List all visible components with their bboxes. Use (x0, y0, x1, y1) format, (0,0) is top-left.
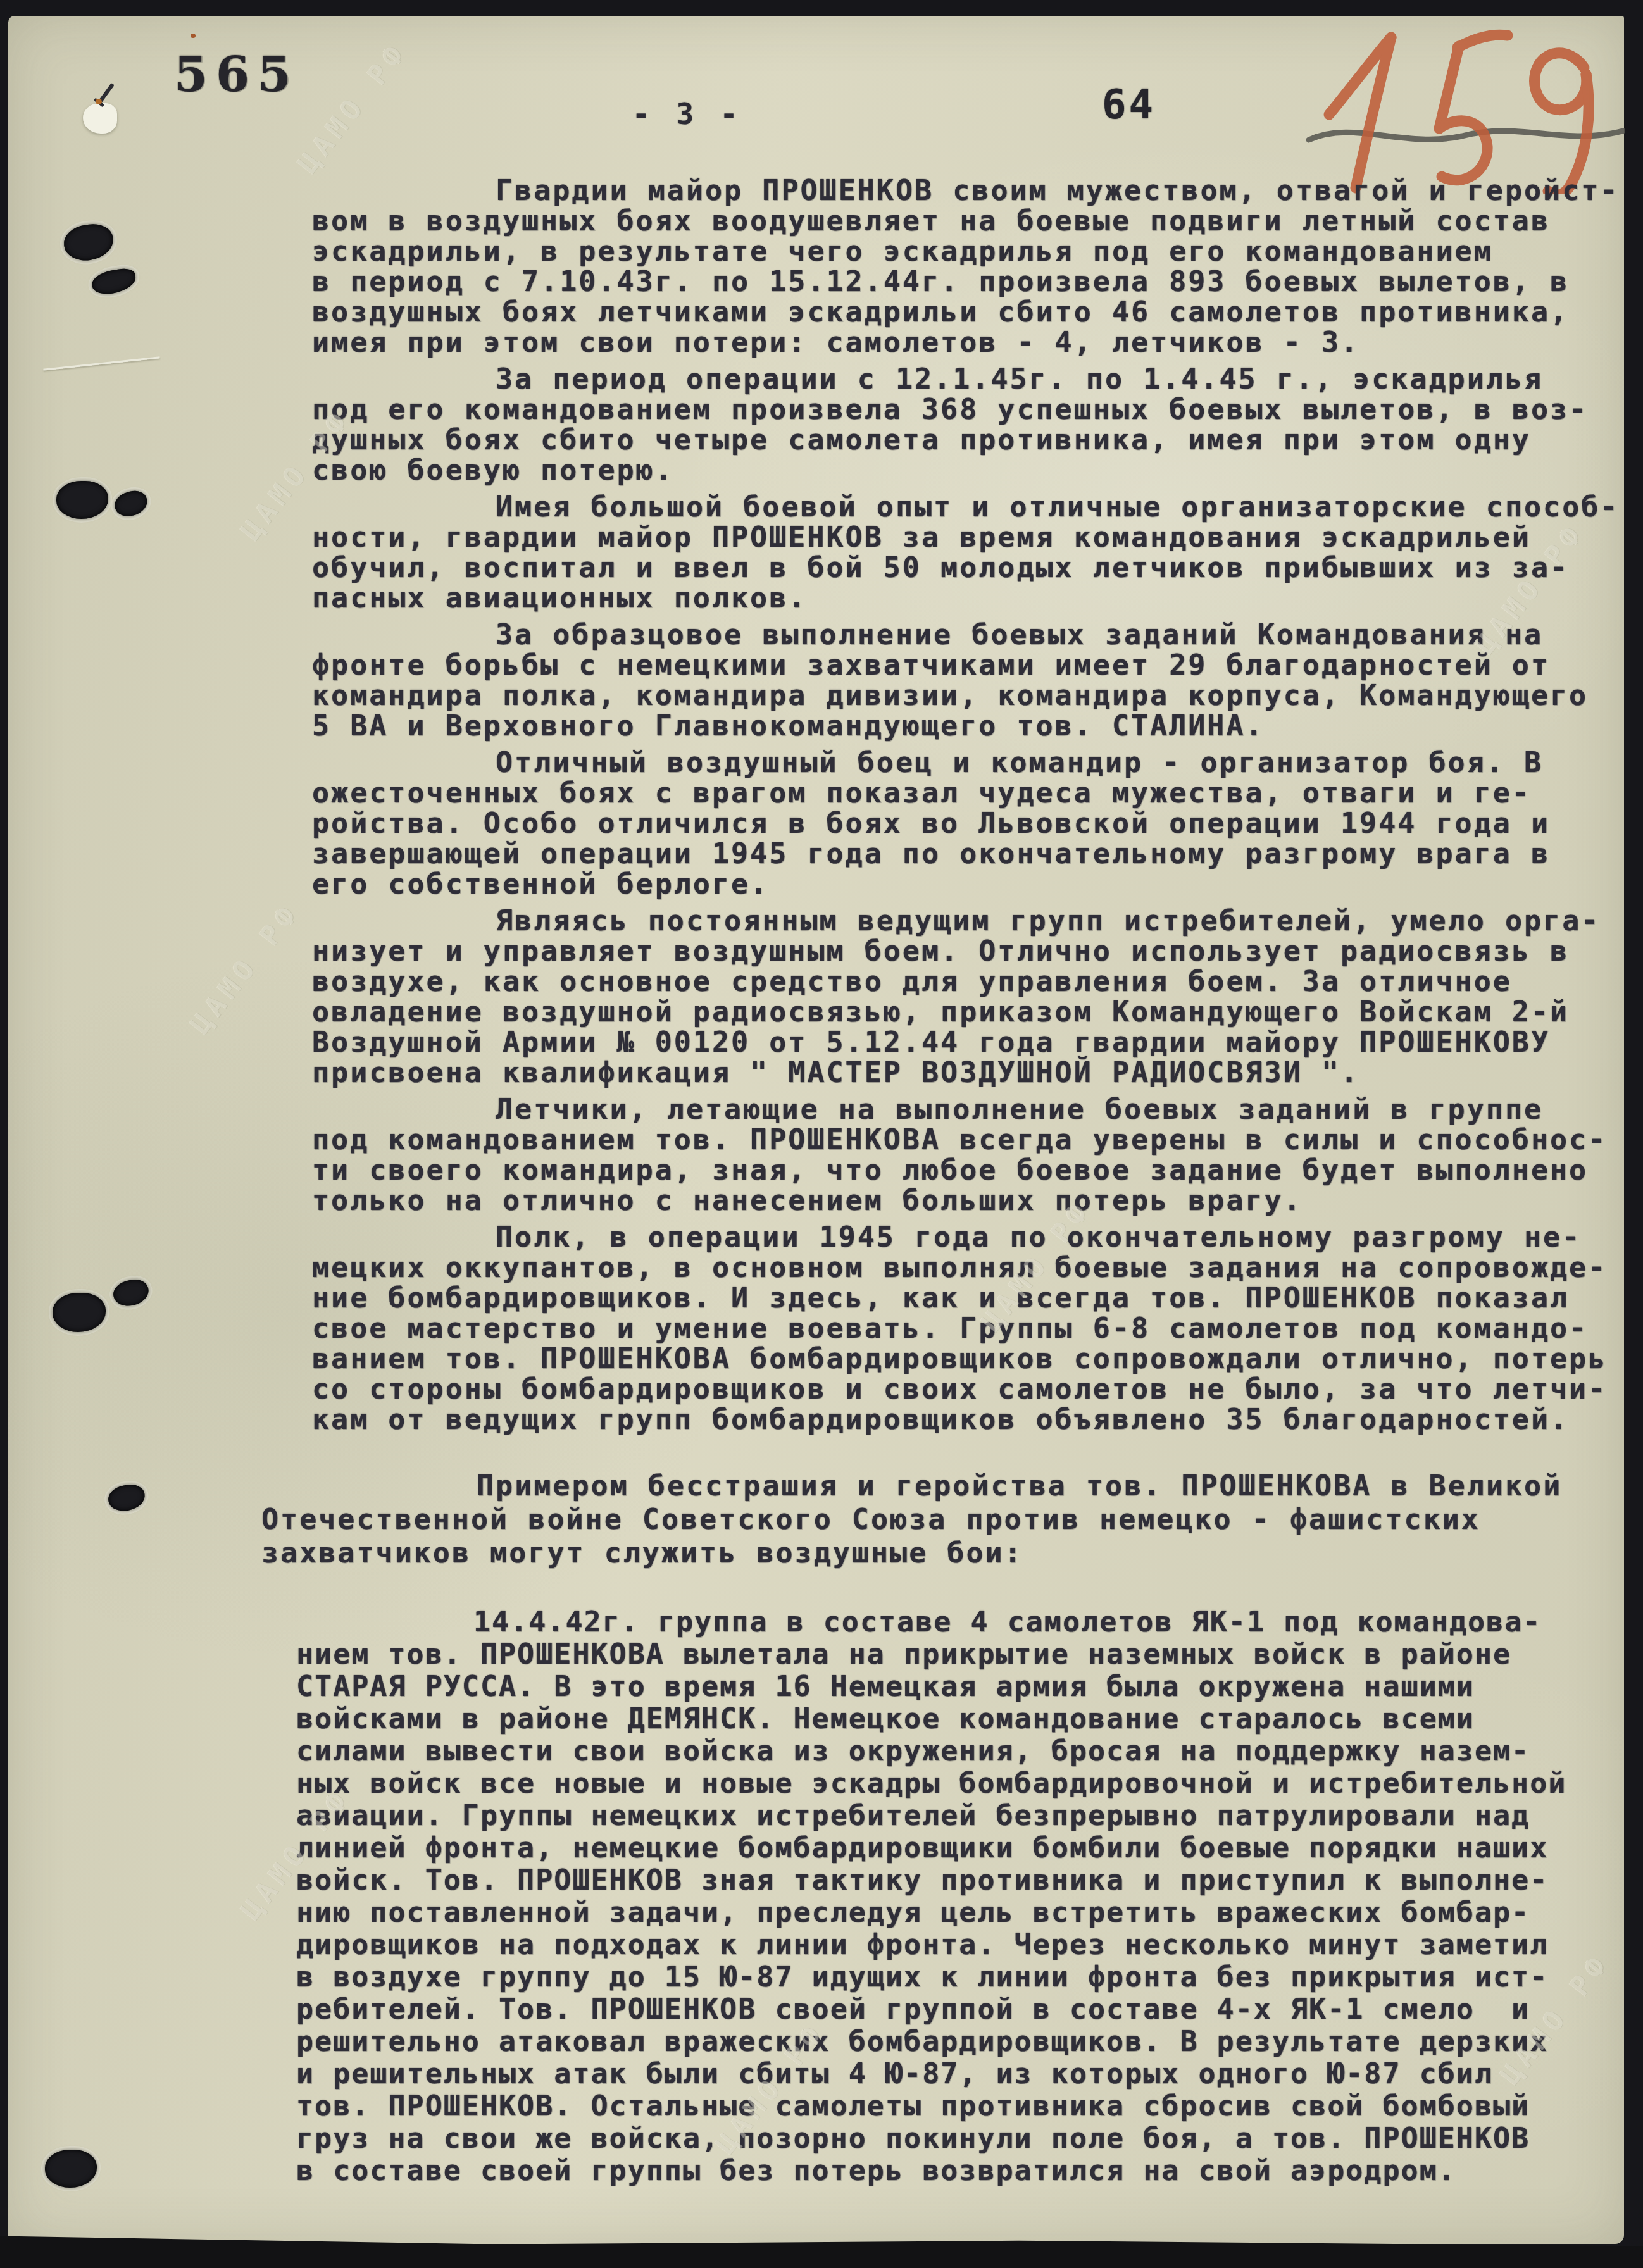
paragraph: Примером бесстрашия и геройства тов. ПРО… (261, 1471, 1562, 1572)
paragraph: Полк, в операции 1945 года по окончатель… (312, 1223, 1607, 1435)
rust-speck (191, 34, 196, 38)
paragraph: За период операции с 12.1.45г. по 1.4.45… (312, 364, 1588, 486)
text-line: Полк, в операции 1945 года по окончатель… (312, 1223, 1607, 1253)
text-line: воздушных боях летчиками эскадрильи сбит… (312, 297, 1619, 328)
text-line: овладение воздушной радиосвязью, приказо… (312, 997, 1600, 1028)
text-line: эскадрильи, в результате чего эскадрилья… (312, 237, 1619, 267)
text-line: линией фронта, немецкие бомбардировщики … (296, 1833, 1566, 1866)
text-line: только на отлично с нанесением больших п… (312, 1186, 1607, 1216)
handwritten-number-159 (1296, 18, 1625, 194)
text-line: 5 ВА и Верховного Главнокомандующего тов… (312, 711, 1588, 742)
text-line: ребителей. Тов. ПРОШЕНКОВ своей группой … (296, 1995, 1566, 2027)
text-line: фронте борьбы с немецкими захватчиками и… (312, 651, 1588, 681)
text-line: Летчики, летающие на выполнение боевых з… (312, 1095, 1607, 1125)
punch-hole (45, 2150, 97, 2188)
punch-hole (90, 266, 137, 297)
text-line: завершающей операции 1945 года по оконча… (312, 839, 1550, 869)
archive-watermark: ЦАМО РФ (184, 897, 306, 1040)
text-line: имея при этом свои потери: самолетов - 4… (312, 328, 1619, 358)
rust-speck (96, 99, 102, 104)
text-line: воздухе, как основное средство для управ… (312, 967, 1600, 997)
text-line: свою боевую потерю. (312, 456, 1588, 486)
paper-tear (83, 103, 117, 134)
text-line: под его командованием произвела 368 успе… (312, 395, 1588, 425)
text-line: захватчиков могут служить воздушные бои: (261, 1538, 1562, 1572)
handwriting-strokes-icon (1296, 18, 1625, 194)
text-line: решительно атаковал вражеских бомбардиро… (296, 2027, 1566, 2059)
text-line: войск. Тов. ПРОШЕНКОВ зная тактику проти… (296, 1866, 1566, 1898)
punch-hole (112, 488, 150, 520)
text-line: груз на свои же войска, позорно покинули… (296, 2124, 1566, 2156)
text-line: ройства. Особо отличился в боях во Львов… (312, 809, 1550, 839)
text-line: вом в воздушных боях воодушевляет на бое… (312, 206, 1619, 237)
paragraph: 14.4.42г. группа в составе 4 самолетов Я… (296, 1607, 1566, 2188)
text-line: Отличный воздушный боец и командир - орг… (312, 748, 1550, 778)
page-number: - 3 - (632, 97, 742, 131)
text-line: ных войск все новые и новые эскадры бомб… (296, 1769, 1566, 1801)
text-line: Гвардии майор ПРОШЕНКОВ своим мужеством,… (312, 176, 1619, 206)
punch-hole (111, 1277, 151, 1309)
text-line: тов. ПРОШЕНКОВ. Остальные самолеты проти… (296, 2091, 1566, 2124)
text-line: нию поставленной задачи, преследуя цель … (296, 1898, 1566, 1930)
text-line: низует и управляет воздушным боем. Отлич… (312, 937, 1600, 967)
text-line: Воздушной Армии № 00120 от 5.12.44 года … (312, 1028, 1600, 1058)
text-line: в воздухе группу до 15 Ю-87 идущих к лин… (296, 1962, 1566, 1995)
text-line: Имея большой боевой опыт и отличные орга… (312, 492, 1619, 523)
punch-hole (106, 1482, 147, 1513)
text-line: авиации. Группы немецких истребителей бе… (296, 1801, 1566, 1833)
punch-hole (56, 481, 108, 519)
text-line: дировщиков на подходах к линии фронта. Ч… (296, 1930, 1566, 1962)
text-line: ожесточенных боях с врагом показал чудес… (312, 778, 1550, 809)
text-line: ти своего командира, зная, что любое бое… (312, 1156, 1607, 1186)
punch-hole (53, 1293, 106, 1332)
text-line: Отечественной войне Советского Союза про… (261, 1505, 1562, 1538)
text-line: душных боях сбито четыре самолета против… (312, 425, 1588, 456)
punch-hole (61, 221, 115, 263)
text-line: СТАРАЯ РУССА. В это время 16 Немецкая ар… (296, 1672, 1566, 1704)
text-line: пасных авиационных полков. (312, 583, 1619, 614)
text-line: войсками в районе ДЕМЯНСК. Немецкое кома… (296, 1704, 1566, 1736)
text-line: За образцовое выполнение боевых заданий … (312, 620, 1588, 651)
text-line: обучил, воспитал и ввел в бой 50 молодых… (312, 553, 1619, 583)
paragraph: Летчики, летающие на выполнение боевых з… (312, 1095, 1607, 1216)
text-line: ние бомбардировщиков. И здесь, как и все… (312, 1283, 1607, 1314)
paper-crease (43, 356, 159, 370)
sheet-number: 64 (1102, 82, 1156, 128)
text-line: Примером бесстрашия и геройства тов. ПРО… (261, 1471, 1562, 1505)
paper-sheet: 565 - 3 - 64 (8, 16, 1624, 2244)
paragraph: Имея большой боевой опыт и отличные орга… (312, 492, 1619, 614)
text-line: его собственной берлоге. (312, 869, 1550, 900)
text-line: со стороны бомбардировщиков и своих само… (312, 1374, 1607, 1405)
paragraph: Являясь постоянным ведущим групп истреби… (312, 906, 1600, 1088)
paragraph: Гвардии майор ПРОШЕНКОВ своим мужеством,… (312, 176, 1619, 358)
text-line: и решительных атак были сбиты 4 Ю-87, из… (296, 2059, 1566, 2091)
text-line: За период операции с 12.1.45г. по 1.4.45… (312, 364, 1588, 395)
text-line: под командованием тов. ПРОШЕНКОВА всегда… (312, 1125, 1607, 1156)
text-line: присвоена квалификация " МАСТЕР ВОЗДУШНО… (312, 1058, 1600, 1088)
text-line: 14.4.42г. группа в составе 4 самолетов Я… (296, 1607, 1566, 1640)
text-line: нием тов. ПРОШЕНКОВА вылетала на прикрыт… (296, 1640, 1566, 1672)
text-line: ности, гвардии майор ПРОШЕНКОВ за время … (312, 523, 1619, 553)
archive-watermark: ЦАМО РФ (292, 36, 414, 180)
text-line: кам от ведущих групп бомбардировщиков об… (312, 1405, 1607, 1435)
scanned-document-page: 565 - 3 - 64 (0, 0, 1643, 2268)
text-line: силами вывести свои войска из окружения,… (296, 1736, 1566, 1769)
text-line: командира полка, командира дивизии, кома… (312, 681, 1588, 711)
text-line: в составе своей группы без потерь возвра… (296, 2156, 1566, 2188)
paragraph: Отличный воздушный боец и командир - орг… (312, 748, 1550, 900)
text-line: Являясь постоянным ведущим групп истреби… (312, 906, 1600, 937)
text-line: мецких оккупантов, в основном выполнял б… (312, 1253, 1607, 1283)
paragraph: За образцовое выполнение боевых заданий … (312, 620, 1588, 742)
archive-number-stamp: 565 (174, 46, 299, 103)
text-line: ванием тов. ПРОШЕНКОВА бомбардировщиков … (312, 1344, 1607, 1374)
text-line: в период с 7.10.43г. по 15.12.44г. произ… (312, 267, 1619, 297)
text-line: свое мастерство и умение воевать. Группы… (312, 1314, 1607, 1344)
